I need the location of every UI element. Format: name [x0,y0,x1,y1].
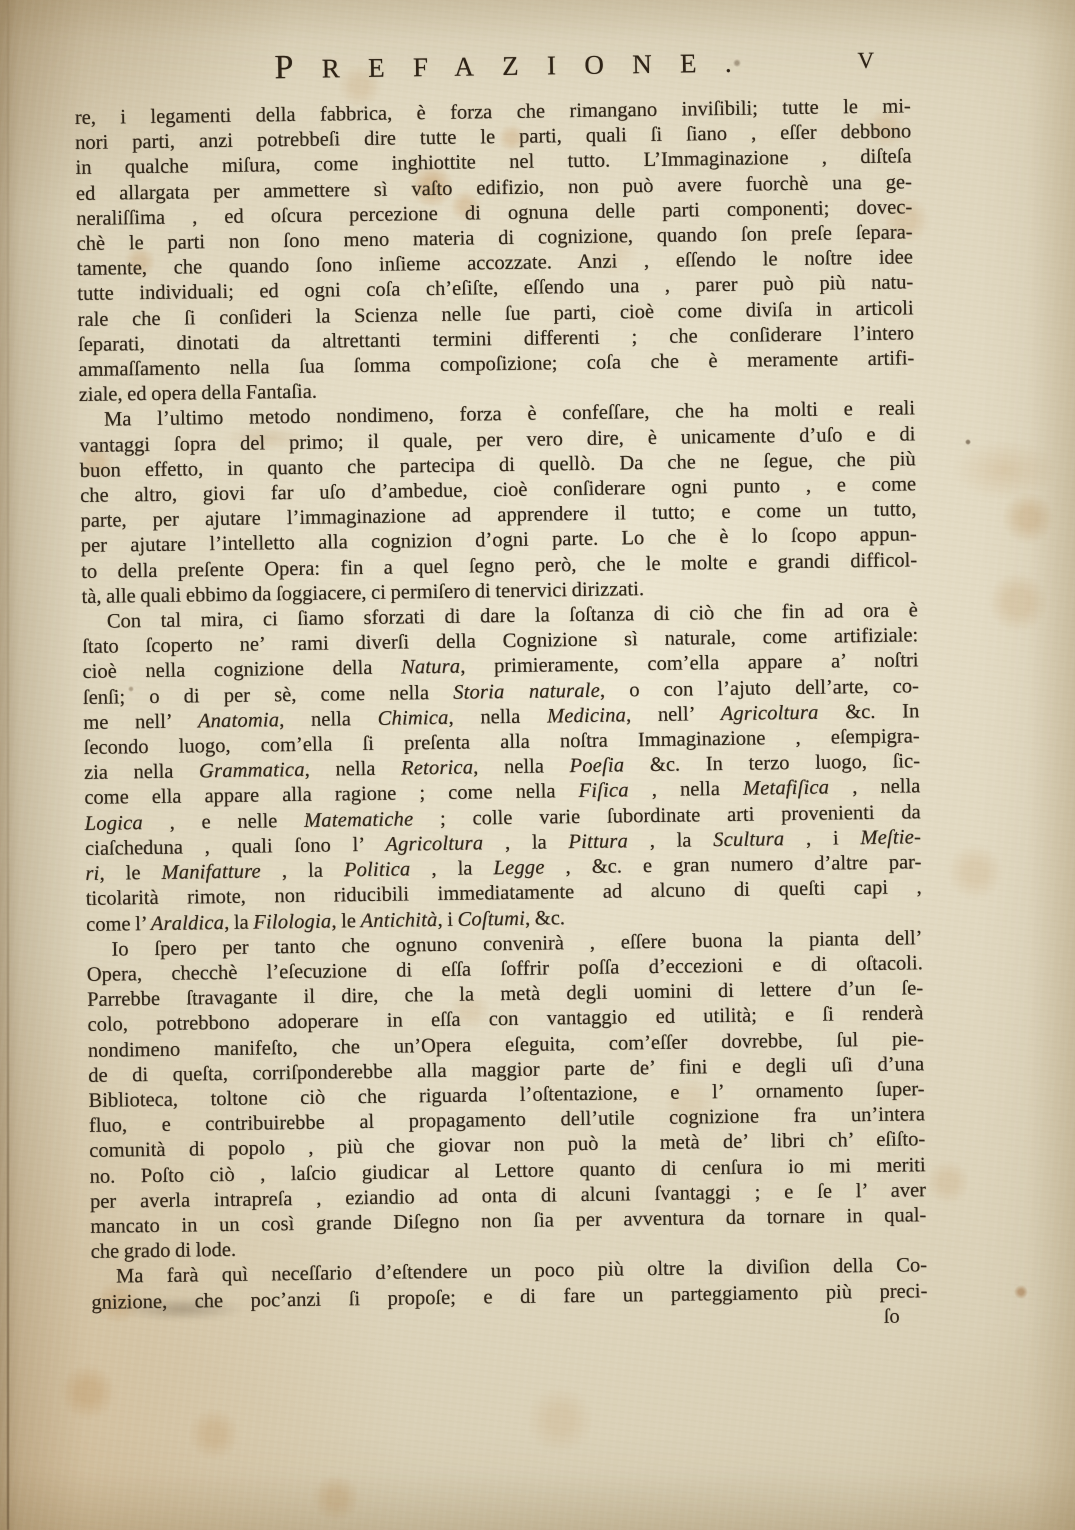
paragraph: Io ſpero per tanto che ognuno convenirà … [86,926,926,1265]
paragraph: Ma l’ultimo metodo nondimeno, forza è co… [79,397,918,610]
paragraph: re, i legamenti della fabbrica, è forza … [75,94,915,408]
book-page: PREFAZIONE. V re, i legamenti della fabb… [0,0,1075,1530]
page-number: V [857,48,874,74]
page-title: PREFAZIONE. [274,44,760,86]
text-block: PREFAZIONE. V re, i legamenti della fabb… [74,44,928,1341]
paragraph: Con tal mira, ci ſiamo sforzati di dare … [82,598,922,937]
paragraphs-container: re, i legamenti della fabbrica, è forza … [75,94,928,1315]
